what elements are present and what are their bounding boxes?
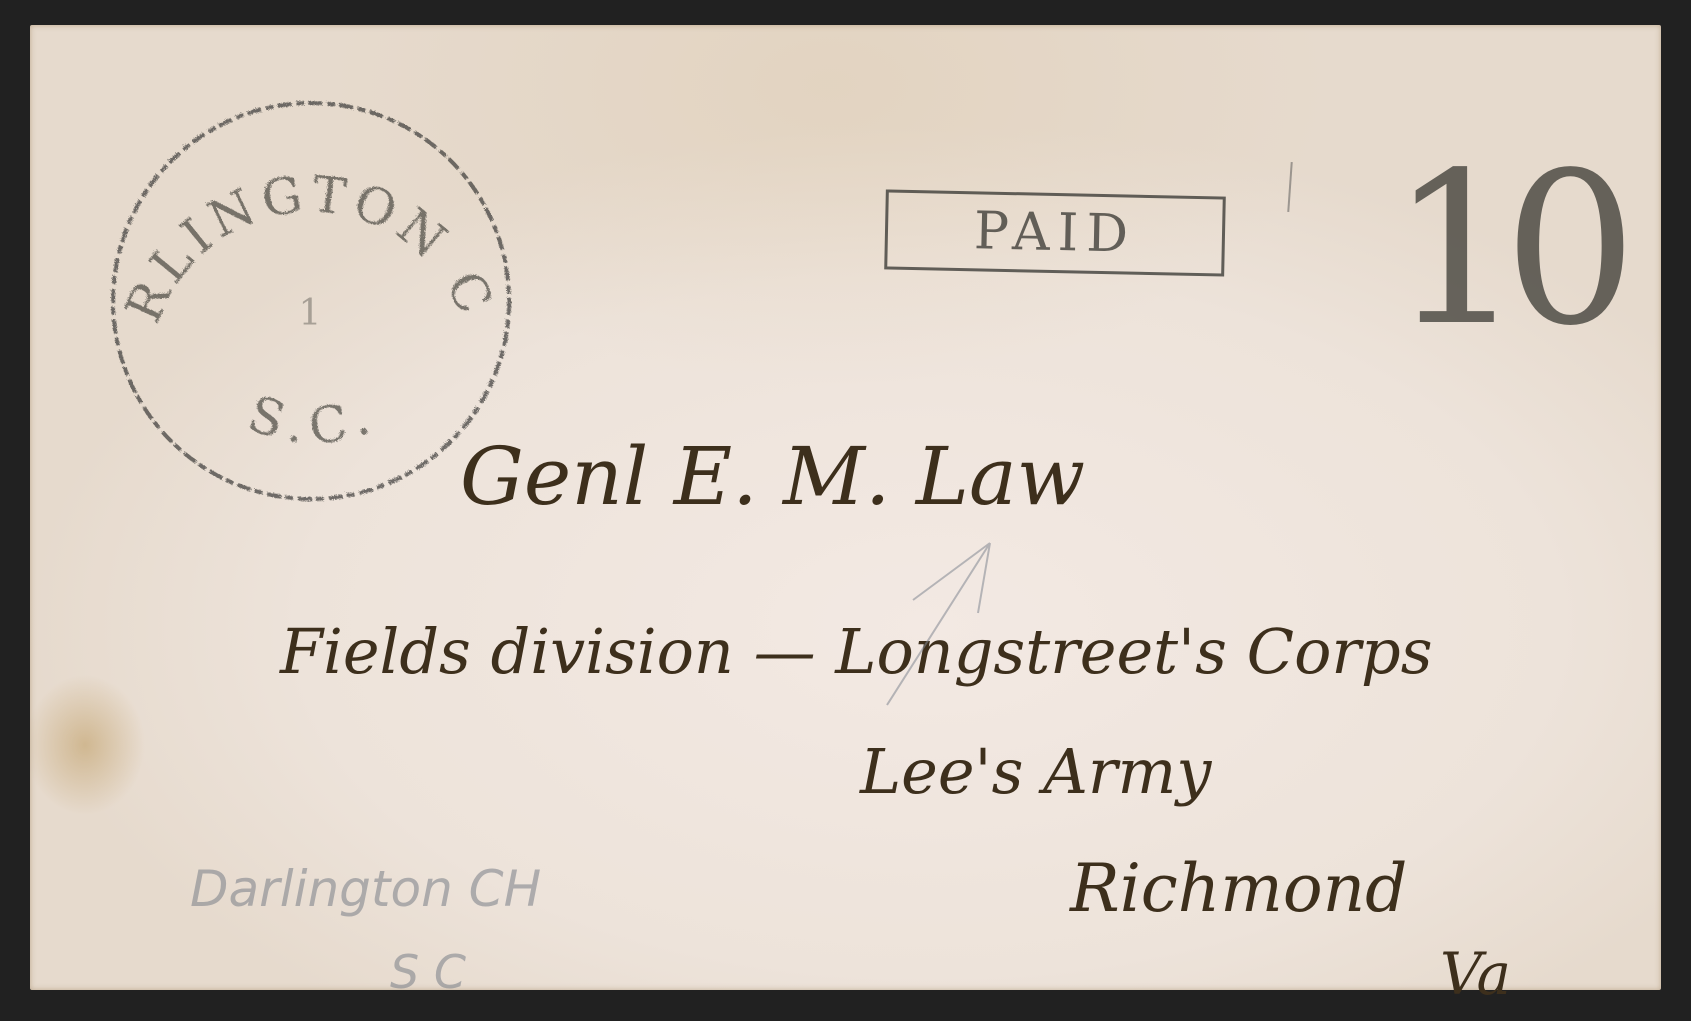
svg-text:S.C.: S.C. — [240, 383, 385, 455]
postmark-circle-icon: DARLINGTON C.H. S.C. 1 — [100, 85, 520, 505]
pencil-note-town: Darlington CH — [190, 860, 541, 918]
address-line-state: Va — [1440, 940, 1511, 1008]
paid-handstamp: PAID — [884, 189, 1226, 276]
pencil-tick-mark — [1287, 162, 1292, 212]
address-line-name: Genl E. M. Law — [460, 430, 1085, 523]
rate-handstamp: 10 — [1390, 145, 1617, 355]
paid-text: PAID — [973, 201, 1136, 264]
svg-text:1: 1 — [299, 293, 322, 334]
envelope: DARLINGTON C.H. S.C. 1 PAID 10 Genl E. M… — [30, 25, 1661, 990]
pencil-note-state: S C — [390, 945, 466, 999]
address-line-city: Richmond — [1070, 850, 1407, 927]
pencil-arrow-icon — [760, 525, 1010, 805]
